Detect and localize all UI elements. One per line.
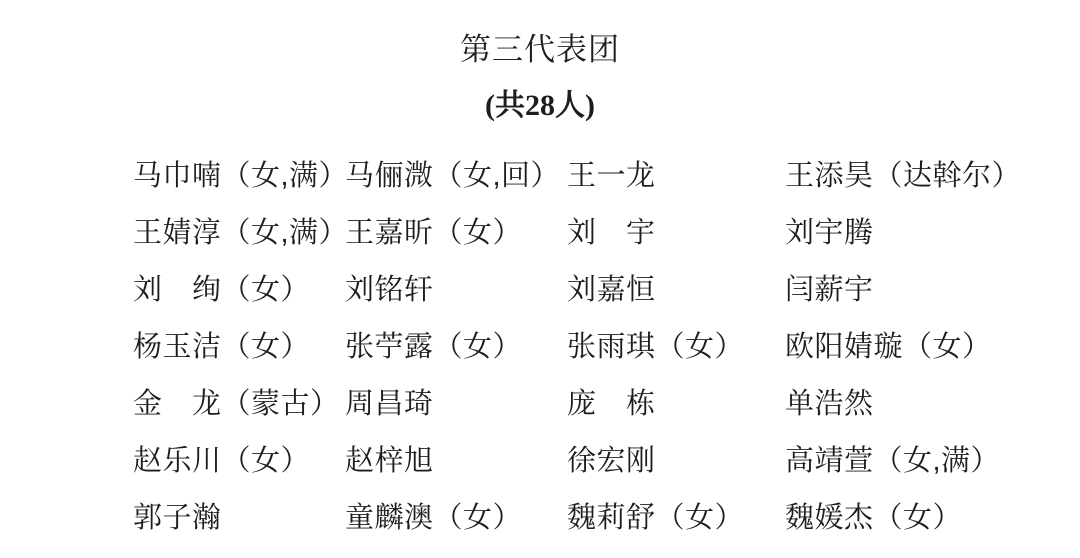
delegate-name: 郭子瀚 xyxy=(133,487,345,544)
delegate-name: 杨玉洁（女） xyxy=(133,316,345,373)
delegate-name: 王嘉昕（女） xyxy=(345,202,567,259)
delegate-name: 刘铭轩 xyxy=(345,259,567,316)
document-page: 第三代表团 (共28人) 马巾喃（女,满） 马俪溦（女,回） 王一龙 王添昊（达… xyxy=(0,0,1080,558)
delegate-name: 刘 绚（女） xyxy=(133,259,345,316)
delegate-name: 刘嘉恒 xyxy=(567,259,785,316)
delegate-name: 高靖萱（女,满） xyxy=(785,430,1070,487)
delegate-name: 张雨琪（女） xyxy=(567,316,785,373)
delegate-name: 王婧淳（女,满） xyxy=(133,202,345,259)
delegate-name: 马俪溦（女,回） xyxy=(345,145,567,202)
delegate-name: 魏媛杰（女） xyxy=(785,487,1070,544)
delegate-name: 赵乐川（女） xyxy=(133,430,345,487)
delegate-name: 王添昊（达斡尔） xyxy=(785,145,1070,202)
page-subtitle: (共28人) xyxy=(0,87,1080,125)
delegate-name: 童麟澳（女） xyxy=(345,487,567,544)
delegate-name: 刘 宇 xyxy=(567,202,785,259)
delegate-name: 周昌琦 xyxy=(345,373,567,430)
page-title: 第三代表团 xyxy=(0,0,1080,70)
delegate-name: 魏莉舒（女） xyxy=(567,487,785,544)
delegate-name: 王一龙 xyxy=(567,145,785,202)
delegate-name: 徐宏刚 xyxy=(567,430,785,487)
delegate-name: 闫薪宇 xyxy=(785,259,1070,316)
delegate-name: 单浩然 xyxy=(785,373,1070,430)
delegate-name: 庞 栋 xyxy=(567,373,785,430)
delegate-name: 刘宇腾 xyxy=(785,202,1070,259)
delegate-name: 张苧露（女） xyxy=(345,316,567,373)
delegate-name: 赵梓旭 xyxy=(345,430,567,487)
delegate-name: 金 龙（蒙古） xyxy=(133,373,345,430)
delegate-name: 欧阳婧璇（女） xyxy=(785,316,1070,373)
delegate-name: 马巾喃（女,满） xyxy=(133,145,345,202)
roster-grid: 马巾喃（女,满） 马俪溦（女,回） 王一龙 王添昊（达斡尔） 王婧淳（女,满） … xyxy=(0,145,1080,544)
